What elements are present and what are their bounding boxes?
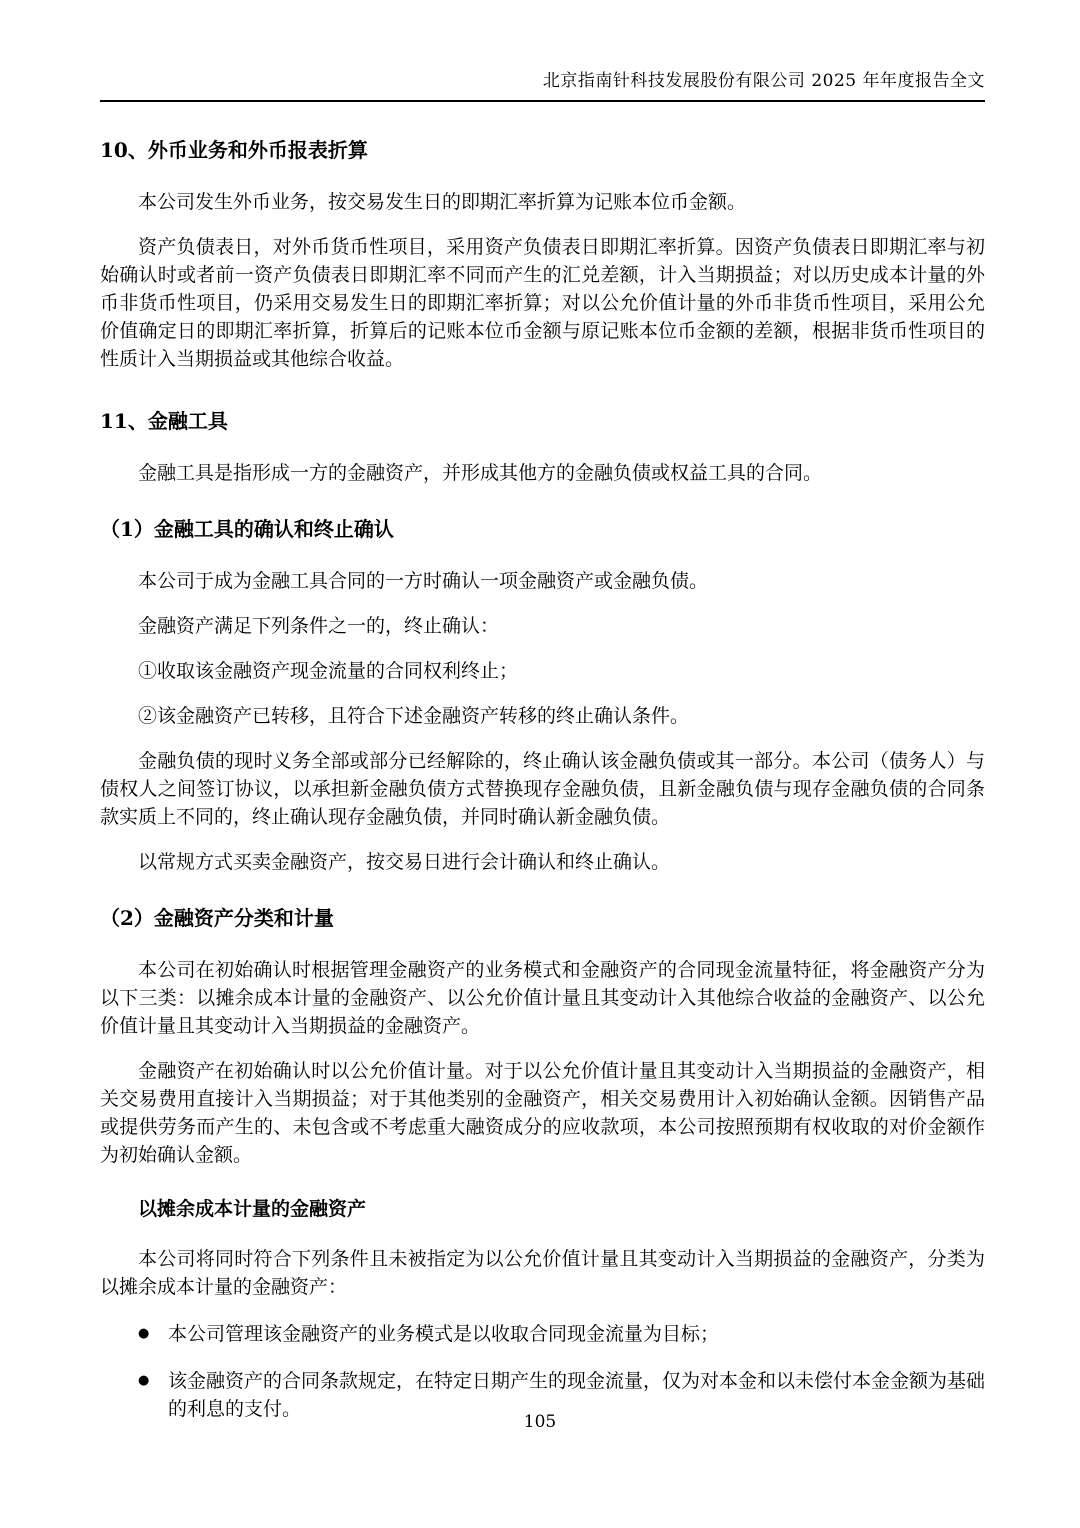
heading-classification-measurement: （2）金融资产分类和计量 [100,904,985,932]
para-financial-liability-derecognition: 金融负债的现时义务全部或部分已经解除的，终止确认该金融负债或其一部分。本公司（债… [100,747,985,831]
report-page: 北京指南针科技发展股份有限公司 2025 年年度报告全文 10、外币业务和外币报… [0,0,1080,1528]
para-condition-2: ②该金融资产已转移，且符合下述金融资产转移的终止确认条件。 [100,702,985,730]
page-number: 105 [0,1412,1080,1432]
bullet-icon: ● [138,1367,149,1395]
bullet-icon: ● [138,1320,149,1348]
list-item: ● 本公司管理该金融资产的业务模式是以收取合同现金流量为目标； [100,1320,985,1348]
para-financial-instrument-definition: 金融工具是指形成一方的金融资产，并形成其他方的金融负债或权益工具的合同。 [100,459,985,487]
para-fx-balance-sheet-date: 资产负债表日，对外币货币性项目，采用资产负债表日即期汇率折算。因资产负债表日即期… [100,233,985,373]
list-item-text: 本公司管理该金融资产的业务模式是以收取合同现金流量为目标； [168,1323,719,1345]
para-fx-spot-rate: 本公司发生外币业务，按交易发生日的即期汇率折算为记账本位币金额。 [100,188,985,216]
subheading-amortized-cost: 以摊余成本计量的金融资产 [100,1195,985,1223]
heading-financial-instruments: 11、金融工具 [100,407,985,435]
para-recognition-party: 本公司于成为金融工具合同的一方时确认一项金融资产或金融负债。 [100,567,985,595]
para-derecognition-conditions-intro: 金融资产满足下列条件之一的，终止确认： [100,612,985,640]
para-regular-way-trades: 以常规方式买卖金融资产，按交易日进行会计确认和终止确认。 [100,848,985,876]
report-header-title: 北京指南针科技发展股份有限公司 2025 年年度报告全文 [543,71,985,91]
para-condition-1: ①收取该金融资产现金流量的合同权利终止； [100,657,985,685]
heading-foreign-currency: 10、外币业务和外币报表折算 [100,136,985,164]
heading-recognition-derecognition: （1）金融工具的确认和终止确认 [100,515,985,543]
para-initial-fair-value: 金融资产在初始确认时以公允价值计量。对于以公允价值计量且其变动计入当期损益的金融… [100,1057,985,1169]
para-classification-three-types: 本公司在初始确认时根据管理金融资产的业务模式和金融资产的合同现金流量特征，将金融… [100,956,985,1040]
para-amortized-cost-criteria: 本公司将同时符合下列条件且未被指定为以公允价值计量且其变动计入当期损益的金融资产… [100,1245,985,1301]
amortized-cost-criteria-list: ● 本公司管理该金融资产的业务模式是以收取合同现金流量为目标； ● 该金融资产的… [100,1320,985,1423]
page-content: 北京指南针科技发展股份有限公司 2025 年年度报告全文 10、外币业务和外币报… [0,0,1080,1423]
report-header: 北京指南针科技发展股份有限公司 2025 年年度报告全文 [100,66,985,102]
